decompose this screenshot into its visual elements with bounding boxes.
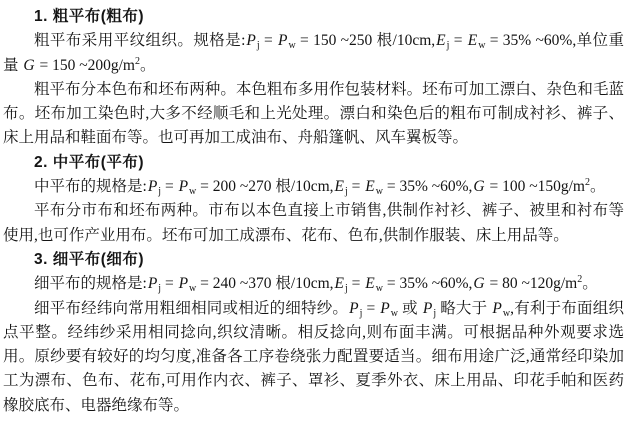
text-run: 粗平布采用平纹组织。规格是:	[34, 32, 245, 49]
text-run: 中平布的规格是:	[34, 178, 147, 195]
formula-var: E	[364, 178, 375, 195]
text-run: 粗平布分本色布和坯布两种。本色粗布多用作包装材料。坯布可加工漂白、杂色和毛蓝布。…	[3, 81, 624, 147]
section-2-spec-paragraph: 中平布的规格是:Pj = Pw = 200 ~270 根/10cm,Ej = E…	[3, 175, 624, 199]
text-run: =	[362, 300, 379, 317]
section-1-spec-paragraph: 粗平布采用平纹组织。规格是:Pj = Pw = 150 ~250 根/10cm,…	[3, 29, 624, 78]
formula-var: E	[334, 275, 345, 292]
formula-var: G	[472, 178, 485, 195]
text-run: = 100 ~150g/m	[486, 178, 585, 195]
formula-var: P	[379, 300, 390, 317]
formula-var: P	[178, 178, 189, 195]
formula-var: E	[364, 275, 375, 292]
text-run: 细平布经纬向常用粗细相同或相近的细特纱。	[34, 300, 348, 317]
text-run: =	[449, 32, 466, 49]
text-run: 平布分市布和坯布两种。市布以本色直接上市销售,供制作衬衫、裤子、被里和衬布等使用…	[3, 202, 624, 243]
section-3-spec-paragraph: 细平布的规格是:Pj = Pw = 240 ~370 根/10cm,Ej = E…	[3, 272, 624, 296]
text-run: =	[348, 275, 365, 292]
formula-sub: w	[376, 283, 383, 294]
formula-var: P	[147, 275, 158, 292]
section-3-usage-paragraph: 细平布经纬向常用粗细相同或相近的细特纱。Pj = Pw 或 Pj 略大于 Pw,…	[3, 297, 624, 418]
formula-var: G	[22, 57, 35, 74]
document-page: 1. 粗平布(粗布) 粗平布采用平纹组织。规格是:Pj = Pw = 150 ~…	[0, 0, 627, 418]
formula-sub: w	[289, 40, 296, 51]
formula-var: E	[467, 32, 478, 49]
formula-var: E	[435, 32, 446, 49]
section-3-heading: 3. 细平布(细布)	[3, 248, 624, 272]
section-2-heading: 2. 中平布(平布)	[3, 151, 624, 175]
formula-var: P	[178, 275, 189, 292]
text-run: 。	[590, 178, 606, 195]
text-run: 。	[140, 57, 156, 74]
formula-sub: w	[376, 186, 383, 197]
section-1-usage-paragraph: 粗平布分本色布和坯布两种。本色粗布多用作包装材料。坯布可加工漂白、杂色和毛蓝布。…	[3, 78, 624, 151]
text-run: = 200 ~270 根/10cm,	[196, 178, 333, 195]
text-run: = 35% ~60%,	[383, 275, 472, 292]
formula-sub: w	[391, 308, 398, 319]
text-run: =	[161, 178, 178, 195]
formula-var: G	[472, 275, 485, 292]
section-1-heading: 1. 粗平布(粗布)	[3, 5, 624, 29]
formula-var: P	[348, 300, 359, 317]
formula-var: P	[147, 178, 158, 195]
text-run: 或	[398, 300, 422, 317]
formula-var: E	[334, 178, 345, 195]
text-run: = 80 ~120g/m	[486, 275, 578, 292]
text-run: = 240 ~370 根/10cm,	[196, 275, 333, 292]
section-2-usage-paragraph: 平布分市布和坯布两种。市布以本色直接上市销售,供制作衬衫、裤子、被里和衬布等使用…	[3, 199, 624, 248]
formula-var: P	[422, 300, 433, 317]
text-run: =	[348, 178, 365, 195]
formula-var: P	[245, 32, 256, 49]
text-run: 细平布的规格是:	[34, 275, 147, 292]
formula-var: P	[491, 300, 502, 317]
formula-var: P	[277, 32, 288, 49]
text-run: = 150 ~200g/m	[36, 57, 135, 74]
text-run: = 35% ~60%,	[383, 178, 472, 195]
text-run: 。	[582, 275, 598, 292]
text-run: = 150 ~250 根/10cm,	[296, 32, 435, 49]
text-run: 略大于	[436, 300, 491, 317]
text-run: =	[260, 32, 277, 49]
text-run: =	[161, 275, 178, 292]
